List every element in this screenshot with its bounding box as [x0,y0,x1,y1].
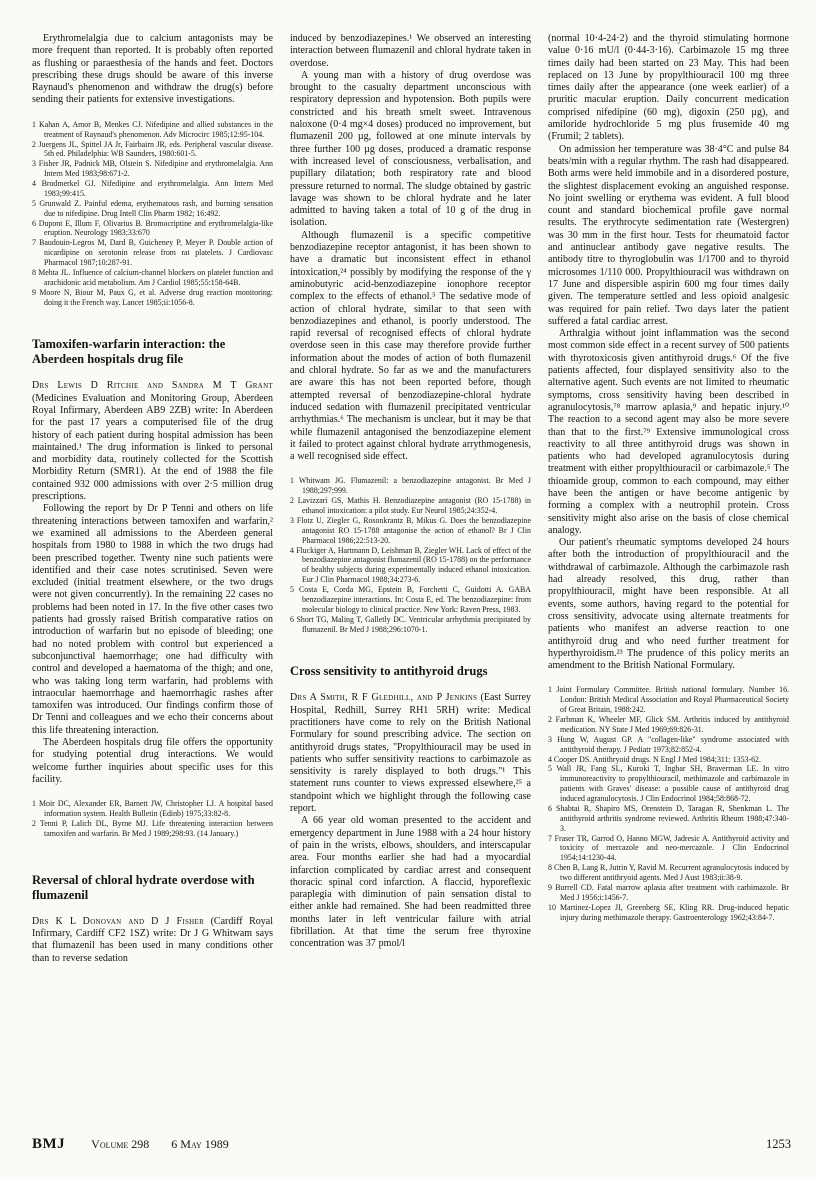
reference-item: 10 Martinez-Lopez JI, Greenberg SE, Klin… [548,903,789,923]
reference-item: 8 Mehta JL. Influence of calcium-channel… [32,268,273,288]
letter-paragraph: Arthralgia without joint inflammation wa… [548,328,789,537]
letter-paragraph: Although flumazenil is a specific compet… [290,230,531,464]
letter-paragraph-continuation: induced by benzodiazepines.¹ We observed… [290,33,531,70]
reference-item: 6 Dupont E, Illum F, Olivarius B. Bromoc… [32,219,273,239]
journal-name: BMJ [32,1136,65,1153]
letter-paragraph: Drs A Smith, R F Gledhill, and P Jenkins… [290,692,531,815]
reference-item: 2 Farbman K, Wheeler MF, Glick SM. Arthr… [548,715,789,735]
letter-title-cross-sensitivity: Cross sensitivity to antithyroid drugs [290,664,531,679]
letter-title-chloral-hydrate-flumazenil: Reversal of chloral hydrate overdose wit… [32,873,273,903]
reference-item: 1 Kahan A, Amor B, Menkes CJ. Nifedipine… [32,120,273,140]
letter-authors: Drs A Smith, R F Gledhill, and P Jenkins [290,692,477,703]
letter-paragraph-continuation: (normal 10·4-24·2) and the thyroid stimu… [548,33,789,144]
reference-item: 5 Wall JR, Fang SL, Kuroki T, Ingbar SH,… [548,764,789,804]
letter-paragraph-text: (East Surrey Hospital, Redhill, Surrey R… [290,692,531,814]
letter-paragraph: The Aberdeen hospitals drug file offers … [32,737,273,786]
flumazenil-reference-list: 1 Whitwam JG. Flumazenil: a benzodiazepi… [290,476,531,634]
letter-paragraph: On admission her temperature was 38·4°C … [548,144,789,328]
letter-paragraph: Our patient's rheumatic symptoms develop… [548,537,789,672]
column-middle: induced by benzodiazepines.¹ We observed… [290,33,531,1111]
letter-paragraph: Following the report by Dr P Tenni and o… [32,503,273,737]
reference-item: 8 Chen B, Lang R, Jutrin Y, Ravid M. Rec… [548,863,789,883]
letter-paragraph: Drs K L Donovan and D J Fisher (Cardiff … [32,916,273,965]
reference-item: 6 Shabtai R, Shapiro MS, Orenstein D, Ta… [548,804,789,834]
volume-label: Volume 298 [91,1137,149,1152]
journal-page: Erythromelalgia due to calcium antagonis… [0,0,816,1179]
reference-item: 3 Fisher JR, Padnick MB, Olstein S. Nife… [32,159,273,179]
cross-sensitivity-reference-list: 1 Joint Formulary Committee. British nat… [548,685,789,922]
letter-paragraph: Drs Lewis D Ritchie and Sandra M T Grant… [32,380,273,503]
reference-item: 7 Fraser TR, Garrod O, Hanno MGW, Jadres… [548,834,789,864]
reference-item: 5 Costa E, Corda MG, Epstein B, Forchett… [290,585,531,615]
reference-item: 4 Cooper DS. Antithryoid drugs. N Engl J… [548,755,789,765]
letter-paragraph: A 66 year old woman presented to the acc… [290,815,531,950]
reference-item: 3 Hung W, August GP. A "collagen-like" s… [548,735,789,755]
reference-item: 1 Moir DC, Alexander ER, Barnett JW, Chr… [32,799,273,819]
reference-item: 7 Baudouin-Legros M, Dard B, Guicheney P… [32,238,273,268]
page-footer: BMJ Volume 298 6 May 1989 1253 [32,1136,791,1153]
letter-authors: Drs Lewis D Ritchie and Sandra M T Grant [32,380,273,391]
reference-item: 2 Juergens JL, Spittel JA Jr, Fairbairn … [32,140,273,160]
reference-item: 2 Lavizzari GS, Mathis H. Benzodiazepine… [290,496,531,516]
column-right: (normal 10·4-24·2) and the thyroid stimu… [548,33,789,1111]
letter-title-tamoxifen-warfarin: Tamoxifen-warfarin interaction: the Aber… [32,337,273,367]
reference-item: 5 Grunwald Z. Painful edema, erythematou… [32,199,273,219]
erythromelalgia-closing-paragraph: Erythromelalgia due to calcium antagonis… [32,33,273,107]
erythromelalgia-reference-list: 1 Kahan A, Amor B, Menkes CJ. Nifedipine… [32,120,273,308]
letter-authors: Drs K L Donovan and D J Fisher [32,916,204,927]
issue-date: 6 May 1989 [171,1137,229,1152]
reference-item: 9 Moore N, Biour M, Paux G, et al. Adver… [32,288,273,308]
letter-paragraph-text: (Medicines Evaluation and Monitoring Gro… [32,393,273,502]
reference-item: 1 Joint Formulary Committee. British nat… [548,685,789,715]
page-number: 1253 [766,1137,791,1152]
page-columns: Erythromelalgia due to calcium antagonis… [32,33,791,1111]
reference-item: 6 Short TG, Maling T, Galletly DC. Ventr… [290,615,531,635]
reference-item: 4 Brodmerkel GJ. Nifedipine and erythrom… [32,179,273,199]
reference-item: 4 Fluckiger A, Hartmann D, Leishman B, Z… [290,546,531,586]
tamoxifen-reference-list: 1 Moir DC, Alexander ER, Barnett JW, Chr… [32,799,273,839]
reference-item: 1 Whitwam JG. Flumazenil: a benzodiazepi… [290,476,531,496]
reference-item: 2 Tenni P, Lalich DL, Byrne MJ. Life thr… [32,819,273,839]
reference-item: 9 Burrell CD. Fatal marrow aplasia after… [548,883,789,903]
reference-item: 3 Flotz U, Ziegler G, Rosonkrantz B, Mik… [290,516,531,546]
column-left: Erythromelalgia due to calcium antagonis… [32,33,273,1111]
letter-paragraph: A young man with a history of drug overd… [290,70,531,230]
